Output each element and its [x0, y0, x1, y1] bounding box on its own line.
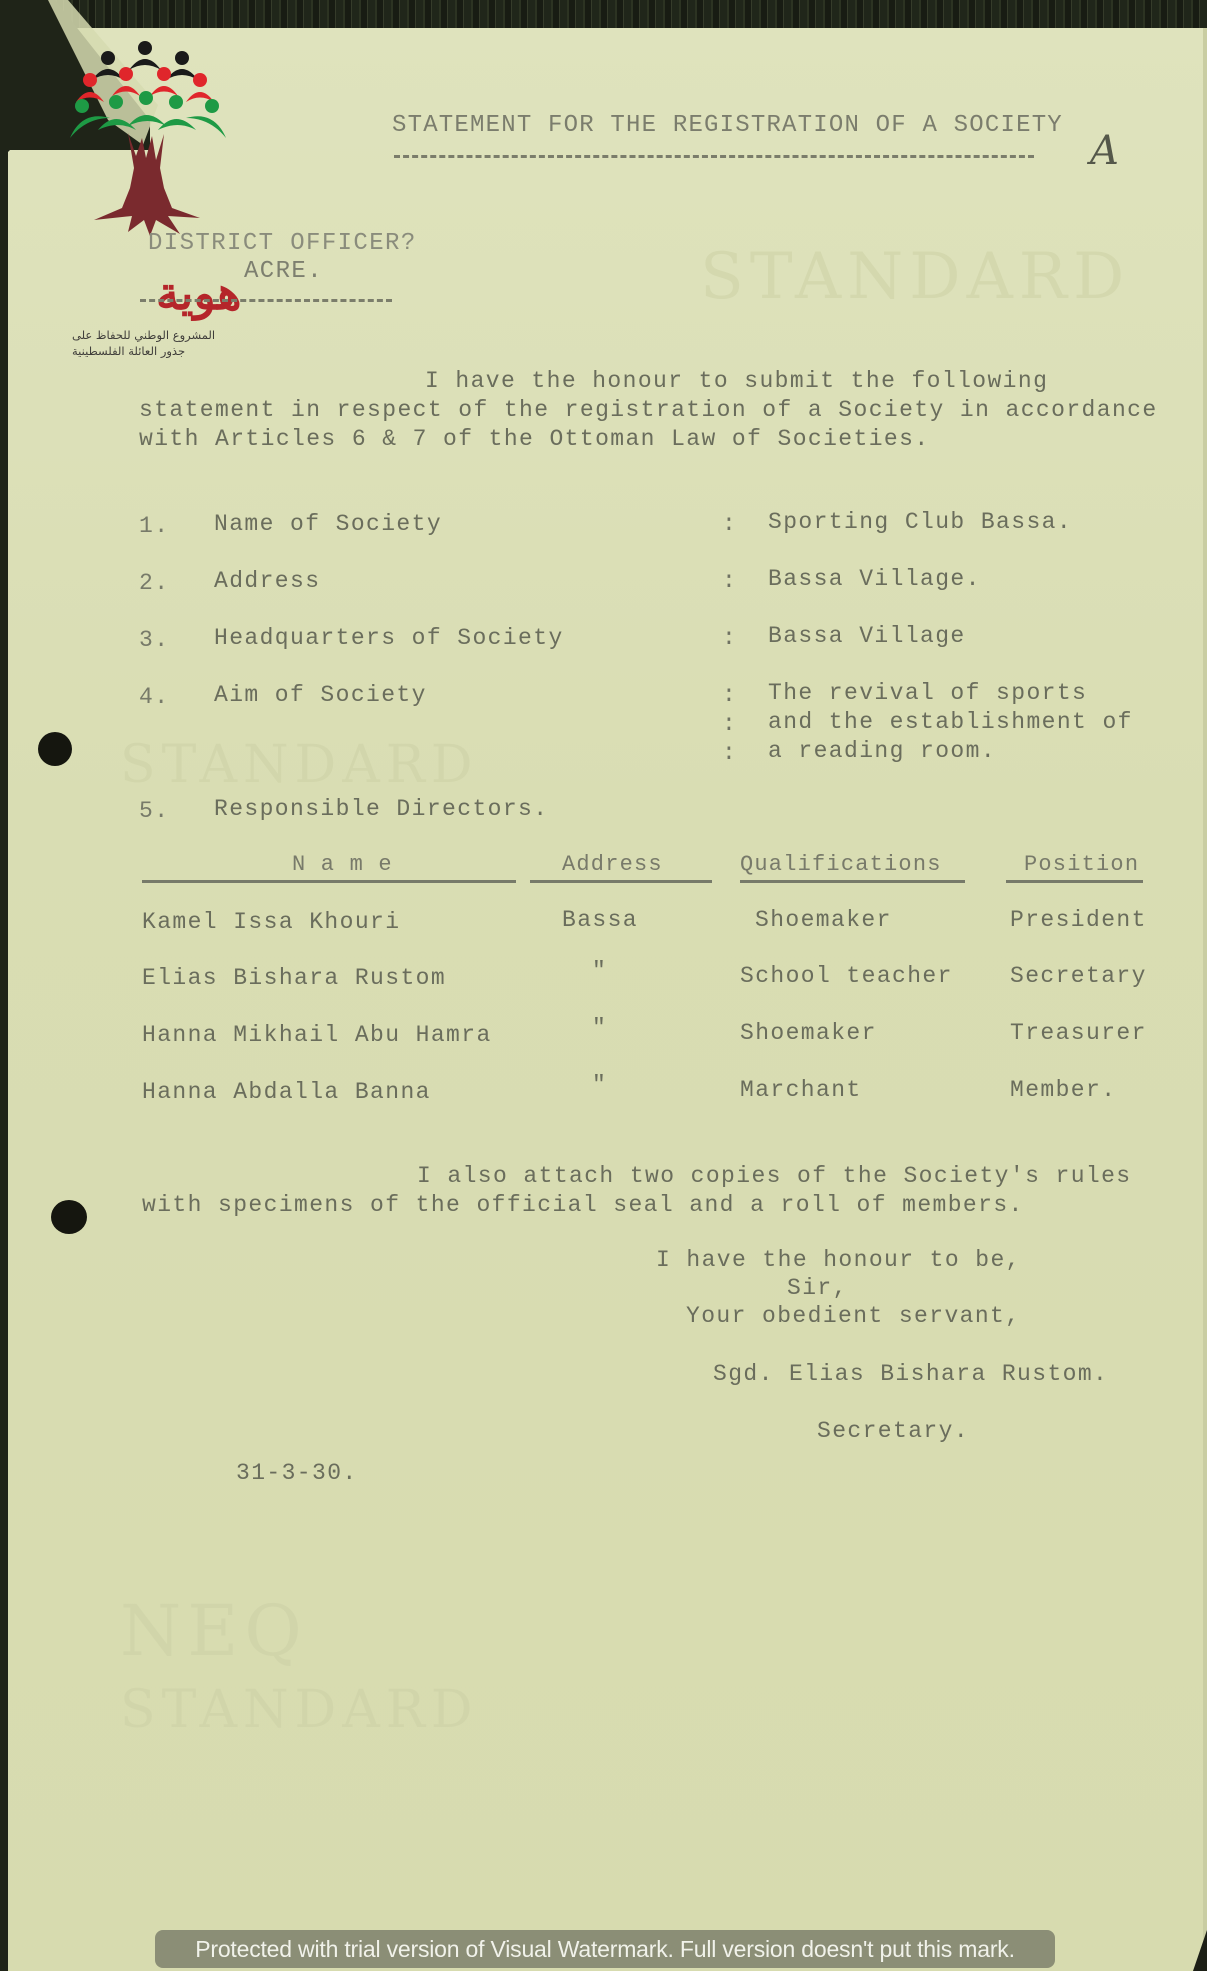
item-label: Headquarters of Society: [214, 625, 564, 651]
punch-hole: [38, 732, 72, 766]
item-number: 2.: [139, 570, 169, 596]
bleed-through-mark: STANDARD: [700, 240, 1130, 314]
scan-top-border: [0, 0, 1207, 30]
handwritten-initial: A: [1090, 128, 1120, 174]
addressee-line-1: DISTRICT OFFICER?: [148, 230, 417, 257]
logo-wordmark: هوية: [156, 266, 242, 320]
item-colon: :: [722, 711, 737, 737]
signatory-role: Secretary.: [817, 1418, 969, 1444]
item-label: Address: [214, 568, 320, 594]
bleed-through-mark: STANDARD: [120, 735, 479, 795]
cell-name: Hanna Mikhail Abu Hamra: [142, 1022, 492, 1048]
bleed-through-mark: NEQ: [120, 1590, 308, 1672]
cell-name: Hanna Abdalla Banna: [142, 1079, 431, 1105]
cell-position: Member.: [1010, 1077, 1116, 1103]
item-number: 1.: [139, 513, 169, 539]
intro-line-3: with Articles 6 & 7 of the Ottoman Law o…: [139, 426, 930, 452]
cell-address: ": [592, 958, 607, 984]
column-header-name: N a m e: [292, 852, 393, 877]
item-colon: :: [722, 568, 737, 594]
punch-hole: [51, 1200, 87, 1234]
item-value: Bassa Village: [768, 623, 966, 649]
item-label: Responsible Directors.: [214, 796, 548, 822]
header-rule: [740, 880, 965, 883]
signoff-salutation: Sir,: [787, 1275, 848, 1301]
logo-tagline-1: المشروع الوطني للحفاظ على: [72, 328, 215, 342]
trial-watermark: Protected with trial version of Visual W…: [155, 1930, 1055, 1968]
cell-address: ": [592, 1015, 607, 1041]
item-value: and the establishment of: [768, 709, 1133, 735]
cell-position: President: [1010, 907, 1147, 933]
closing-line-2: with specimens of the official seal and …: [142, 1192, 1024, 1218]
cell-qualification: Shoemaker: [740, 1020, 877, 1046]
intro-line-1: I have the honour to submit the followin…: [425, 368, 1048, 394]
cell-position: Treasurer: [1010, 1020, 1147, 1046]
paper-edge: [1203, 28, 1207, 1971]
item-number: 4.: [139, 684, 169, 710]
item-value: The revival of sports: [768, 680, 1087, 706]
item-value: Bassa Village.: [768, 566, 981, 592]
item-label: Name of Society: [214, 511, 442, 537]
item-colon: :: [722, 625, 737, 651]
signature: Sgd. Elias Bishara Rustom.: [713, 1361, 1108, 1387]
item-colon: :: [722, 511, 737, 537]
cell-name: Kamel Issa Khouri: [142, 909, 400, 935]
header-rule: [530, 880, 712, 883]
intro-line-2: statement in respect of the registration…: [139, 397, 1158, 423]
item-value: Sporting Club Bassa.: [768, 509, 1072, 535]
item-number: 5.: [139, 798, 169, 824]
bleed-through-mark: STANDARD: [120, 1680, 479, 1740]
closing-line-1: I also attach two copies of the Society'…: [417, 1163, 1132, 1189]
addressee-line-2: ACRE.: [244, 258, 323, 285]
item-colon: :: [722, 740, 737, 766]
item-value: a reading room.: [768, 738, 996, 764]
signoff-line-3: Your obedient servant,: [686, 1303, 1020, 1329]
logo-tagline-2: جذور العائلة الفلسطينية: [72, 344, 185, 358]
column-header-position: Position: [1024, 852, 1139, 877]
cell-qualification: Shoemaker: [755, 907, 892, 933]
item-number: 3.: [139, 627, 169, 653]
column-header-qualifications: Qualifications: [740, 852, 942, 877]
column-header-address: Address: [562, 852, 663, 877]
item-colon: :: [722, 682, 737, 708]
signoff-line-1: I have the honour to be,: [656, 1247, 1021, 1273]
cell-address: Bassa: [562, 907, 638, 933]
document-title: STATEMENT FOR THE REGISTRATION OF A SOCI…: [392, 112, 1063, 139]
header-rule: [142, 880, 516, 883]
item-label: Aim of Society: [214, 682, 427, 708]
cell-address: ": [592, 1072, 607, 1098]
cell-qualification: Marchant: [740, 1077, 862, 1103]
document-date: 31-3-30.: [236, 1460, 358, 1486]
cell-position: Secretary: [1010, 963, 1147, 989]
title-underline: [394, 155, 1034, 158]
header-rule: [1006, 880, 1143, 883]
cell-qualification: School teacher: [740, 963, 953, 989]
cell-name: Elias Bishara Rustom: [142, 965, 446, 991]
addressee-underline: [140, 299, 392, 302]
